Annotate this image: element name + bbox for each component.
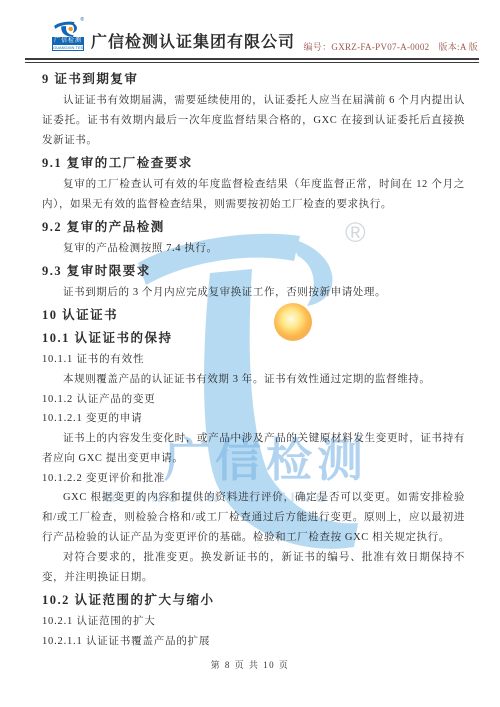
section-heading: 10.1.2 认证产品的变更 (42, 390, 465, 410)
doc-number-value: GXRZ-FA-PV07-A-0002 (331, 42, 429, 52)
paragraph: 证书到期后的 3 个月内应完成复审换证工作，否则按新申请处理。 (42, 283, 465, 303)
doc-meta: 编号：GXRZ-FA-PV07-A-0002版本:A 版 (304, 20, 479, 53)
logo-registered-icon: ® (80, 17, 84, 23)
paragraph: 对符合要求的，批准变更。换发新证书的，新证书的编号、批准有效日期保持不变，并注明… (42, 548, 465, 588)
paragraph: GXC 根据变更的内容和提供的资料进行评价，确定是否可以变更。如需安排检验和/或… (42, 488, 465, 548)
section-heading: 10.2.1.1 认证证书覆盖产品的扩展 (42, 632, 465, 652)
version-value: A 版 (460, 42, 478, 52)
paragraph: 本规则覆盖产品的认证证书有效期 3 年。证书有效性通过定期的监督维持。 (42, 370, 465, 390)
paragraph: 证书上的内容发生变化时，或产品中涉及产品的关键原材料发生变更时，证书持有者应向 … (42, 429, 465, 469)
document-content: 9 证书到期复审认证证书有效期届满，需要延续使用的，认证委托人应当在届满前 6 … (42, 64, 465, 651)
logo-subtext: GUANGXIN TESTING (52, 45, 84, 51)
paragraph: 认证证书有效期届满，需要延续使用的，认证委托人应当在届满前 6 个月内提出认证委… (42, 91, 465, 151)
logo-banner-text: 广信检测 (52, 37, 84, 45)
document-header: ® 广信检测 GUANGXIN TESTING 广信检测认证集团有限公司 编号：… (0, 20, 500, 53)
document-page: ® 广信检测 GUANGXIN TESTING 广信检测认证集团有限公司 编号：… (0, 0, 500, 707)
logo-brushstroke-icon (52, 20, 80, 37)
header-rule (25, 58, 479, 63)
section-heading: 10.2 认证范围的扩大与缩小 (42, 589, 465, 611)
section-heading: 10.1.2.1 变更的申请 (42, 409, 465, 429)
section-heading: 9.3 复审时限要求 (42, 260, 465, 282)
logo-mark-row: ® (52, 20, 84, 37)
paragraph: 复审的工厂检查认可有效的年度监督检查结果（年度监督正常，时间在 12 个月之内）… (42, 175, 465, 215)
document-body: ® 广信检测 GUANGXIN TESTING 9 证书到期复审认证证书有效期届… (42, 64, 465, 665)
section-heading: 10 认证证书 (42, 304, 465, 326)
page-footer: 第 8 页 共 10 页 (0, 658, 500, 671)
section-heading: 9.1 复审的工厂检查要求 (42, 152, 465, 174)
page-number-text: 第 8 页 共 10 页 (211, 660, 290, 670)
company-logo: ® 广信检测 GUANGXIN TESTING (52, 20, 84, 51)
section-heading: 9 证书到期复审 (42, 68, 465, 90)
doc-number-label: 编号： (304, 42, 332, 52)
section-heading: 10.1 认证证书的保持 (42, 327, 465, 349)
company-name: 广信检测认证集团有限公司 (91, 20, 295, 52)
section-heading: 9.2 复审的产品检测 (42, 216, 465, 238)
section-heading: 10.1.2.2 变更评价和批准 (42, 469, 465, 489)
section-heading: 10.1.1 证书的有效性 (42, 350, 465, 370)
paragraph: 复审的产品检测按照 7.4 执行。 (42, 239, 465, 259)
version-label: 版本: (438, 42, 459, 52)
section-heading: 10.2.1 认证范围的扩大 (42, 612, 465, 632)
